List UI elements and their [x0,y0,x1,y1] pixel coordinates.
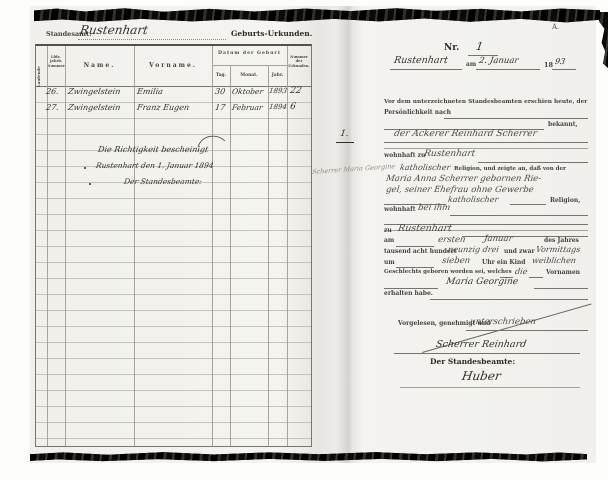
birth-year-written: neunzig drei [447,246,499,254]
underline [529,277,543,278]
printed-zu: zu [384,228,392,234]
corner-mark: A. [552,23,559,31]
record-place: Rustenhart [393,56,448,66]
row-day: 30 [214,88,225,96]
row-no: 27. [45,104,59,112]
row-vorname: Franz Eugen [136,104,189,112]
grid-line [230,66,231,446]
time-of-day: Vormittags [535,246,581,254]
underline [384,148,588,149]
underline [444,118,588,119]
underline [476,69,540,70]
left-page: Standesamt: Rustenhart Geburts-Urkunden.… [0,0,330,480]
registrar-label: Der Standesbeamte: [430,358,515,366]
row-no: 26. [45,88,59,96]
row-name: Zwingelstein [67,88,121,96]
residence-with: bei ihm [417,204,451,213]
record-year: 93 [554,58,565,66]
grid-line [287,46,288,446]
printed-am: am [466,62,476,68]
row-month: Februar [231,104,263,112]
declarant-signature: Scherrer Reinhard [435,340,527,350]
column-header-month: Monat. [230,73,268,79]
printed-tausend: tausend acht hundert [384,249,457,255]
birth-day: ersten [437,236,466,245]
gutter-index-number: 1. [339,130,349,139]
note-line1: Die Richtigkeit bescheinigt [97,146,208,154]
note-line3: Der Standesbeamte: [123,178,202,186]
printed-am2: am [384,238,394,244]
printed-uhr-ein-kind: Uhr ein Kind [482,260,525,266]
underline [430,299,588,300]
printed-des-jahres: des Jahres [544,238,579,244]
standesamt-underline [78,39,226,40]
standesamt-value: Rustenhart [79,24,149,36]
column-header-number: Lfde.Jahrb.Nummer [47,55,65,68]
article-die: die [514,268,528,276]
index-table: Laufende Lfde.Jahrb.Nummer Name. Vorname… [35,44,312,447]
column-header-rotated: Laufende [36,52,47,86]
row-name: Zwingelstein [67,104,121,112]
residence-place: Rustenhart [423,150,475,159]
birth-place: Rustenhart [397,224,452,234]
child-gender: weiblichen [531,257,576,265]
underline [390,69,462,70]
underline [534,288,588,289]
grid-line [268,66,269,446]
mother-name-2: gel, seiner Ehefrau ohne Gewerbe [385,186,534,195]
record-no-value: 1 [475,41,484,52]
gutter: 1. Scherrer Maria Georgine [310,0,380,480]
row-year: 1894 [268,104,287,111]
table-header: Laufende Lfde.Jahrb.Nummer Name. Vorname… [36,46,311,87]
underline [384,142,588,143]
printed-geschlechts: Geschlechts geboren worden sei, welches [384,270,512,276]
column-header-name: Name. [65,62,134,70]
ink-dot [84,167,86,169]
grid-line [134,46,135,446]
row-day: 17 [214,104,225,112]
mother-religion: katholischer [447,196,498,204]
underline [396,267,434,268]
form-line2: Persönlichkeit nach [384,110,451,116]
note-line2: Rustenhart den 1. Januar 1894 [95,162,214,170]
underline [466,330,588,331]
table-ruling [36,87,311,446]
form-line3: bekannt, [548,122,578,128]
underline [396,246,434,247]
underline [400,387,580,388]
declarant-name: der Ackerer Reinhard Scherrer [393,130,537,139]
column-header-date-group: Datum der Geburt [212,51,287,57]
printed-religion: Religion, [550,198,580,204]
date-group-divider [212,65,287,66]
printed-18: 18 [544,62,553,69]
printed-und-zwar: und zwar [504,249,535,255]
row-vorname: Emilia [136,88,163,96]
printed-religion-clause: Religion, und zeigte an, daß von der [454,167,566,173]
printed-vornamen: Vornamen [546,270,580,276]
column-header-vorname: Vorname. [134,62,212,70]
scan-black-edge-right [594,12,608,68]
form-line1: Vor dem unterzeichneten Standesbeamten e… [384,100,587,106]
column-header-day: Tag. [212,73,230,79]
mother-name-1: Maria Anna Scherrer gebornen Rie- [385,175,541,184]
printed-wohnhaft-zu: wohnhaft zu [384,153,425,159]
row-year: 1893 [268,88,287,95]
row-cert: 6 [289,103,296,112]
underline [384,288,438,289]
ink-dot [89,183,91,185]
religion-value: katholischer [399,164,450,172]
child-name: Maria Georgine [445,278,518,287]
printed-wohnhaft: wohnhaft [384,207,416,213]
grid-line [212,46,213,446]
left-page-title: Geburts-Urkunden. [231,30,312,38]
printed-erhalten-habe: erhalten habe. [384,291,433,297]
row-cert: 22 [289,87,302,96]
record-no-label: Nr. [444,44,459,53]
row-month: Oktober [231,88,263,96]
closing-word: unterschrieben [469,318,536,327]
underline [510,204,546,205]
underline [478,162,588,163]
right-page-form: Nr. 1 Rustenhart am 2. Januar 18 93 Vor … [382,40,594,450]
scanned-register-page: A. Standesamt: Rustenhart Geburts-Urkund… [0,0,608,480]
record-date: 2. Januar [478,57,519,66]
registrar-signature: Huber [461,370,502,382]
grid-line [65,46,66,446]
column-header-cert: NummerderUrkunden. [287,55,311,68]
underline [394,353,580,354]
birth-month: Januar [483,235,513,244]
underline [450,215,588,216]
printed-um: um [384,260,395,266]
underline [552,69,576,70]
birth-hour: sieben [441,257,470,266]
gutter-index-underline [336,142,354,143]
column-header-year: Jahr. [268,73,287,79]
